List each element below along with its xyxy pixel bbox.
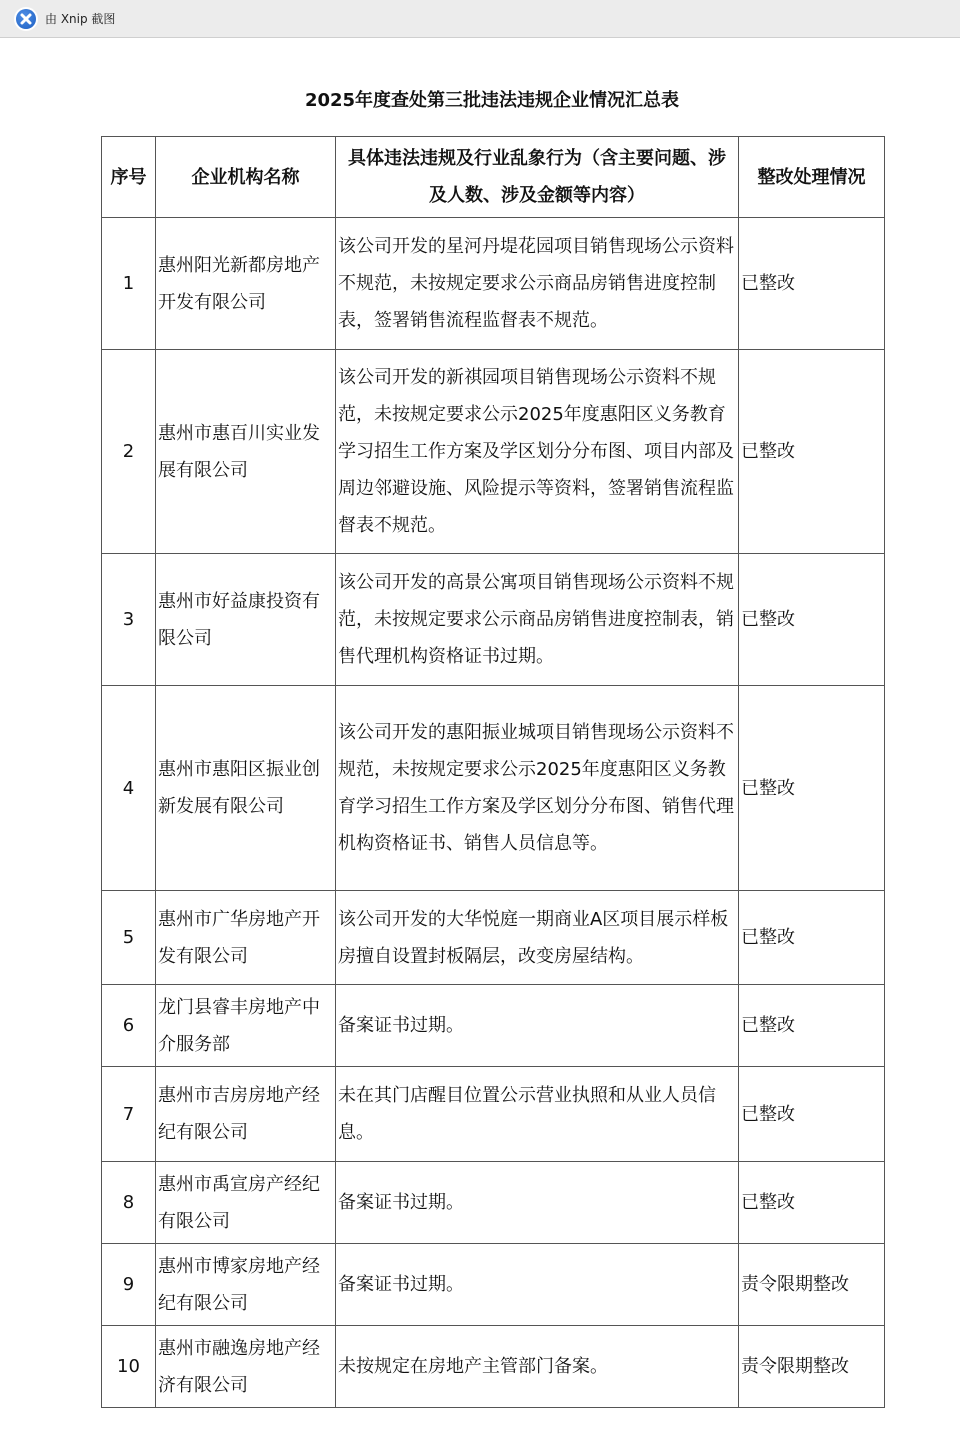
table-row: 3 惠州市好益康投资有限公司 该公司开发的高景公寓项目销售现场公示资料不规范，未… — [102, 554, 885, 686]
row-index: 10 — [102, 1326, 156, 1408]
row-status: 已整改 — [739, 1162, 885, 1244]
row-violation: 未按规定在房地产主管部门备案。 — [336, 1326, 739, 1408]
row-company: 惠州阳光新都房地产开发有限公司 — [156, 218, 336, 350]
row-status: 责令限期整改 — [739, 1244, 885, 1326]
table-row: 7 惠州市吉房房地产经纪有限公司 未在其门店醒目位置公示营业执照和从业人员信息。… — [102, 1067, 885, 1162]
row-index: 9 — [102, 1244, 156, 1326]
table-row: 6 龙门县睿丰房地产中介服务部 备案证书过期。 已整改 — [102, 985, 885, 1067]
row-status: 已整改 — [739, 686, 885, 891]
row-company: 惠州市好益康投资有限公司 — [156, 554, 336, 686]
row-violation: 备案证书过期。 — [336, 1162, 739, 1244]
row-index: 1 — [102, 218, 156, 350]
row-status: 已整改 — [739, 1067, 885, 1162]
row-company: 惠州市禹宣房产经纪有限公司 — [156, 1162, 336, 1244]
document-title: 2025年度查处第三批违法违规企业情况汇总表 — [0, 86, 960, 112]
violations-table: 序号 企业机构名称 具体违法违规及行业乱象行为（含主要问题、涉及人数、涉及金额等… — [101, 136, 885, 1408]
header-violation: 具体违法违规及行业乱象行为（含主要问题、涉及人数、涉及金额等内容） — [336, 137, 739, 218]
row-company: 龙门县睿丰房地产中介服务部 — [156, 985, 336, 1067]
row-index: 7 — [102, 1067, 156, 1162]
titlebar-text: 由 Xnip 截图 — [45, 10, 115, 27]
xnip-app-icon — [16, 9, 36, 29]
row-index: 3 — [102, 554, 156, 686]
table-row: 8 惠州市禹宣房产经纪有限公司 备案证书过期。 已整改 — [102, 1162, 885, 1244]
row-status: 已整改 — [739, 554, 885, 686]
row-company: 惠州市吉房房地产经纪有限公司 — [156, 1067, 336, 1162]
row-violation: 该公司开发的惠阳振业城项目销售现场公示资料不规范，未按规定要求公示2025年度惠… — [336, 686, 739, 891]
table-row: 10 惠州市融逸房地产经济有限公司 未按规定在房地产主管部门备案。 责令限期整改 — [102, 1326, 885, 1408]
row-company: 惠州市广华房地产开发有限公司 — [156, 891, 336, 985]
row-violation: 该公司开发的大华悦庭一期商业A区项目展示样板房擅自设置封板隔层，改变房屋结构。 — [336, 891, 739, 985]
row-company: 惠州市惠阳区振业创新发展有限公司 — [156, 686, 336, 891]
row-status: 已整改 — [739, 985, 885, 1067]
table-header-row: 序号 企业机构名称 具体违法违规及行业乱象行为（含主要问题、涉及人数、涉及金额等… — [102, 137, 885, 218]
row-company: 惠州市融逸房地产经济有限公司 — [156, 1326, 336, 1408]
row-violation: 备案证书过期。 — [336, 985, 739, 1067]
row-status: 已整改 — [739, 891, 885, 985]
row-violation: 未在其门店醒目位置公示营业执照和从业人员信息。 — [336, 1067, 739, 1162]
row-index: 4 — [102, 686, 156, 891]
header-status: 整改处理情况 — [739, 137, 885, 218]
row-violation: 备案证书过期。 — [336, 1244, 739, 1326]
table-row: 1 惠州阳光新都房地产开发有限公司 该公司开发的星河丹堤花园项目销售现场公示资料… — [102, 218, 885, 350]
table-row: 2 惠州市惠百川实业发展有限公司 该公司开发的新祺园项目销售现场公示资料不规范，… — [102, 350, 885, 554]
row-status: 已整改 — [739, 218, 885, 350]
header-company: 企业机构名称 — [156, 137, 336, 218]
row-index: 2 — [102, 350, 156, 554]
row-index: 5 — [102, 891, 156, 985]
header-index: 序号 — [102, 137, 156, 218]
row-violation: 该公司开发的星河丹堤花园项目销售现场公示资料不规范，未按规定要求公示商品房销售进… — [336, 218, 739, 350]
table-row: 9 惠州市博家房地产经纪有限公司 备案证书过期。 责令限期整改 — [102, 1244, 885, 1326]
row-company: 惠州市博家房地产经纪有限公司 — [156, 1244, 336, 1326]
window-titlebar: 由 Xnip 截图 — [0, 0, 960, 38]
row-index: 6 — [102, 985, 156, 1067]
row-violation: 该公司开发的新祺园项目销售现场公示资料不规范，未按规定要求公示2025年度惠阳区… — [336, 350, 739, 554]
row-status: 已整改 — [739, 350, 885, 554]
table-row: 5 惠州市广华房地产开发有限公司 该公司开发的大华悦庭一期商业A区项目展示样板房… — [102, 891, 885, 985]
row-status: 责令限期整改 — [739, 1326, 885, 1408]
table-row: 4 惠州市惠阳区振业创新发展有限公司 该公司开发的惠阳振业城项目销售现场公示资料… — [102, 686, 885, 891]
row-company: 惠州市惠百川实业发展有限公司 — [156, 350, 336, 554]
row-violation: 该公司开发的高景公寓项目销售现场公示资料不规范，未按规定要求公示商品房销售进度控… — [336, 554, 739, 686]
row-index: 8 — [102, 1162, 156, 1244]
